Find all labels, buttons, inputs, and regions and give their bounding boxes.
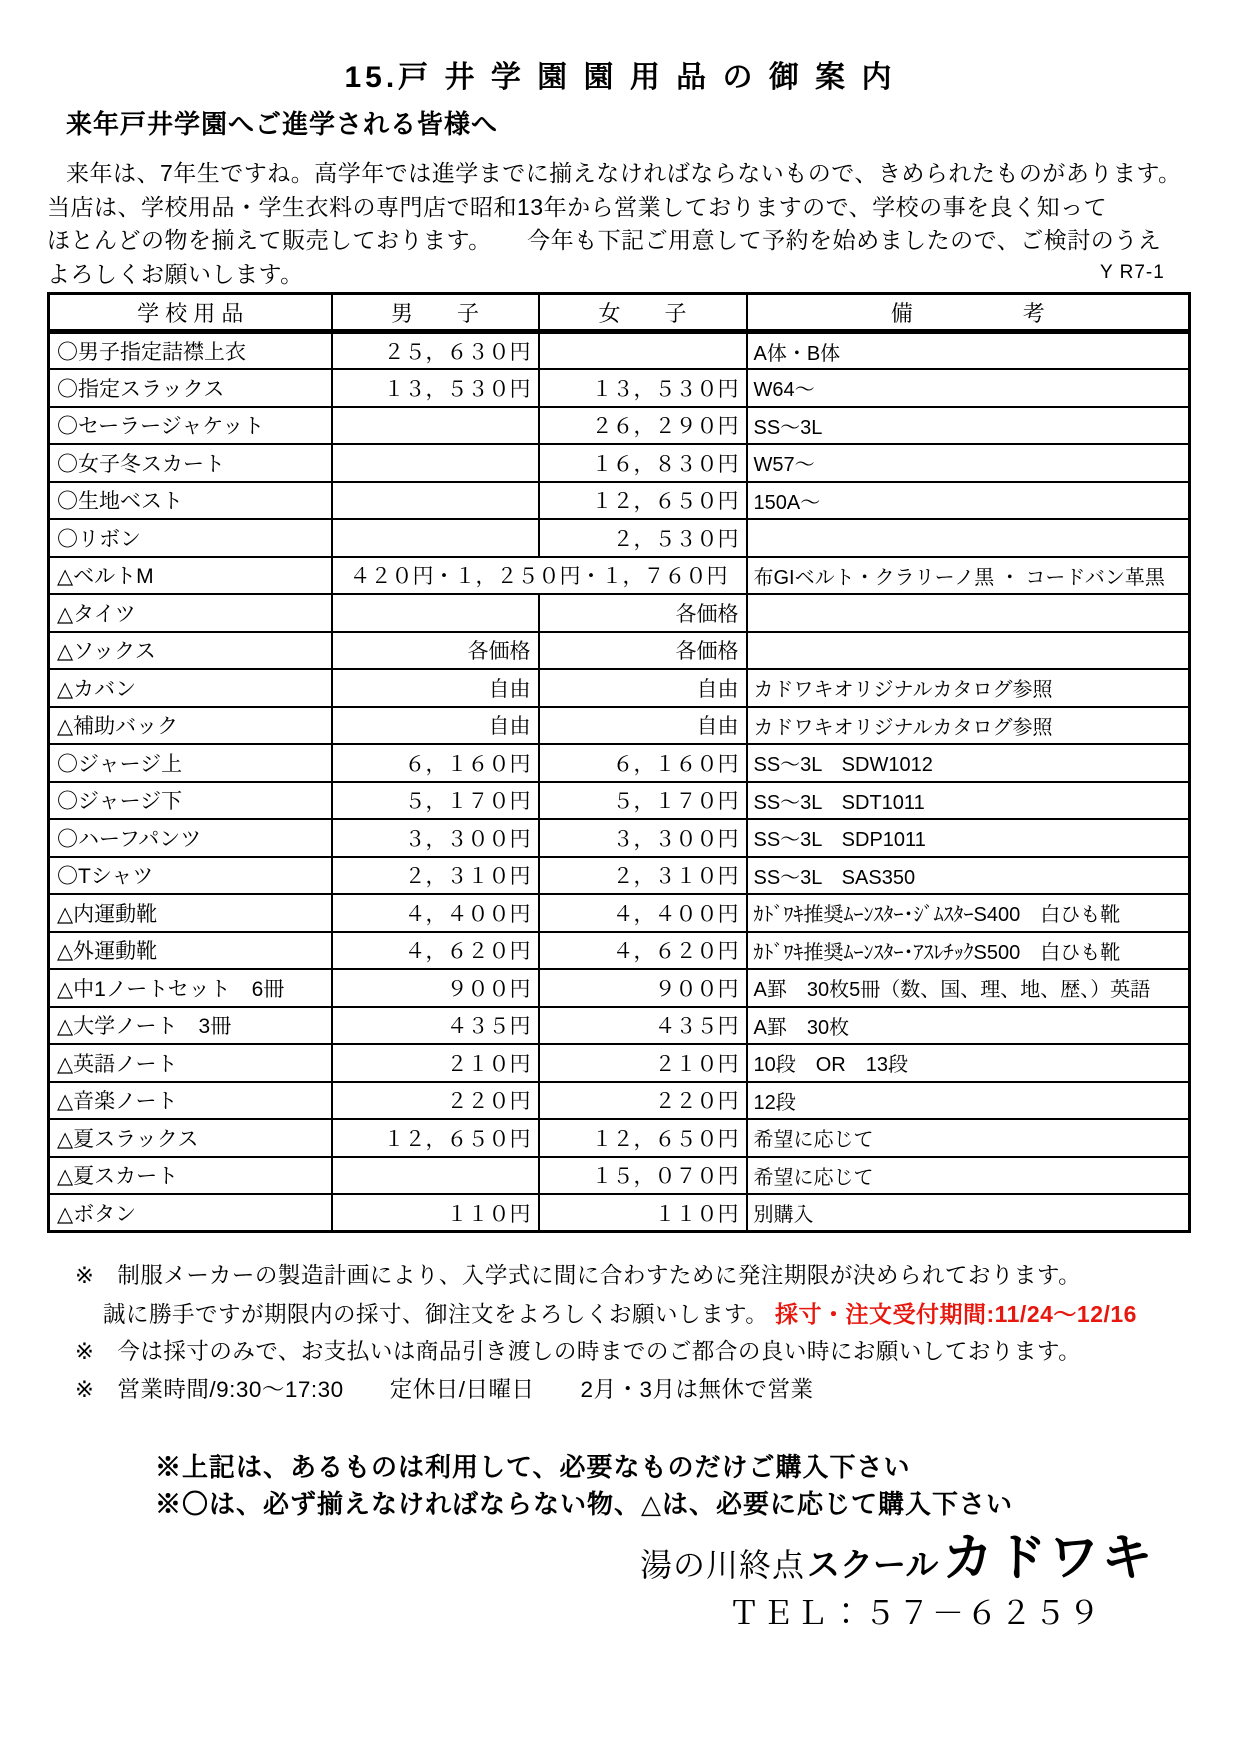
item-cell: △音楽ノート [49,1082,332,1120]
table-row: 〇女子冬スカート１６，８３０円W57～ [49,444,1190,482]
girls-price-cell: １２，６５０円 [539,1119,747,1157]
table-row: △タイツ各価格 [49,594,1190,632]
remarks-cell: SS～3L SDW1012 [747,744,1190,782]
girls-price-cell: ９００円 [539,969,747,1007]
item-cell: 〇ハーフパンツ [49,819,332,857]
item-cell: △外運動靴 [49,932,332,970]
item-cell: 〇女子冬スカート [49,444,332,482]
document-page: 15.戸 井 学 園 園 用 品 の 御 案 内 来年戸井学園へご進学される皆様… [0,0,1240,1755]
table-row: △ソックス各価格各価格 [49,632,1190,670]
page-title: 15.戸 井 学 園 園 用 品 の 御 案 内 [0,52,1240,96]
item-cell: △中1ノートセット 6冊 [49,969,332,1007]
note-payment: ※ 今は採寸のみで、お支払いは商品引き渡しの時までのご都合の良い時にお願いしてお… [75,1334,1081,1366]
table-row: △英語ノート２１０円２１０円10段 OR 13段 [49,1044,1190,1082]
item-cell: 〇ジャージ下 [49,782,332,820]
table-row: △夏スカート１５，０７０円希望に応じて [49,1157,1190,1195]
boys-price-cell: ２，３１０円 [332,857,539,895]
table-row: △大学ノート 3冊４３５円４３５円A罫 30枚 [49,1007,1190,1045]
table-row: △音楽ノート２２０円２２０円12段 [49,1082,1190,1120]
boys-price-cell [332,519,539,557]
shop-phone: ＴＥＬ：５７－６２５９ [728,1588,1102,1634]
item-cell: △夏スラックス [49,1119,332,1157]
form-ref-code: Y R7-1 [1100,262,1165,284]
remarks-cell: A罫 30枚5冊（数、国、理、地、歴、）英語 [747,969,1190,1007]
boys-price-cell [332,407,539,445]
boys-price-cell: ２２０円 [332,1082,539,1120]
boys-price-cell [332,444,539,482]
boys-price-cell: １３，５３０円 [332,369,539,407]
greeting-heading: 来年戸井学園へご進学される皆様へ [66,104,498,141]
item-cell: △カバン [49,669,332,707]
usage-note-1: ※上記は、あるものは利用して、必要なものだけご購入下さい [155,1447,910,1484]
remarks-cell: ｶﾄﾞﾜｷ推奨ﾑｰﾝｽﾀｰ･ｼﾞﾑｽﾀｰS400 白ひも靴 [747,894,1190,932]
girls-price-cell: ３，３００円 [539,819,747,857]
boys-price-cell: １１０円 [332,1194,539,1232]
boys-price-cell: ２５，６３０円 [332,332,539,370]
girls-price-cell: ２１０円 [539,1044,747,1082]
boys-price-cell: 自由 [332,707,539,745]
remarks-cell: W64～ [747,369,1190,407]
remarks-cell: カドワキオリジナルカタログ参照 [747,669,1190,707]
table-row: △カバン自由自由カドワキオリジナルカタログ参照 [49,669,1190,707]
note-order-deadline: ※ 制服メーカーの製造計画により、入学式に間に合わすために発注期限が決められてお… [75,1258,1081,1290]
girls-price-cell: ４，６２０円 [539,932,747,970]
item-cell: 〇リボン [49,519,332,557]
boys-price-cell: ４，４００円 [332,894,539,932]
boys-price-cell: ４，６２０円 [332,932,539,970]
girls-price-cell: 各価格 [539,632,747,670]
girls-price-cell: ２，５３０円 [539,519,747,557]
table-row: △夏スラックス１２，６５０円１２，６５０円希望に応じて [49,1119,1190,1157]
intro-line: 来年は、7年生ですね。高学年では進学までに揃えなければならないもので、きめられた… [47,157,1147,191]
boys-price-cell [332,594,539,632]
remarks-cell: 150A～ [747,482,1190,520]
remarks-cell: SS～3L SAS350 [747,857,1190,895]
boys-price-cell: ６，１６０円 [332,744,539,782]
merged-price-cell: ４２０円・１，２５０円・１，７６０円 [332,557,747,595]
remarks-cell: W57～ [747,444,1190,482]
girls-price-cell: ２，３１０円 [539,857,747,895]
header-boys: 男 子 [332,294,539,332]
table-row: 〇ジャージ上６，１６０円６，１６０円SS～3L SDW1012 [49,744,1190,782]
item-cell: △ソックス [49,632,332,670]
shop-signature: 湯の川終点 スクール カドワキ [640,1532,1154,1583]
item-cell: △内運動靴 [49,894,332,932]
shop-area: 湯の川終点 [640,1549,805,1583]
item-cell: △ボタン [49,1194,332,1232]
girls-price-cell: １５，０７０円 [539,1157,747,1195]
boys-price-cell: １２，６５０円 [332,1119,539,1157]
table-row: 〇指定スラックス１３，５３０円１３，５３０円W64～ [49,369,1190,407]
remarks-cell: カドワキオリジナルカタログ参照 [747,707,1190,745]
table-row: 〇男子指定詰襟上衣２５，６３０円A体・B体 [49,332,1190,370]
boys-price-cell [332,482,539,520]
girls-price-cell: 自由 [539,707,747,745]
girls-price-cell: １１０円 [539,1194,747,1232]
remarks-cell: 希望に応じて [747,1157,1190,1195]
girls-price-cell: １２，６５０円 [539,482,747,520]
boys-price-cell: ５，１７０円 [332,782,539,820]
table-row: 〇ジャージ下５，１７０円５，１７０円SS～3L SDT1011 [49,782,1190,820]
shop-name: カドワキ [942,1532,1154,1583]
note-order-request: 誠に勝手ですが期限内の採寸、御注文をよろしくお願いします。 採寸・注文受付期間:… [103,1296,1137,1329]
item-cell: 〇指定スラックス [49,369,332,407]
item-cell: 〇Tシャツ [49,857,332,895]
remarks-cell: SS～3L SDP1011 [747,819,1190,857]
intro-line: 当店は、学校用品・学生衣料の専門店で昭和13年から営業しておりますので、学校の事… [47,191,1147,225]
table-header-row: 学 校 用 品 男 子 女 子 備 考 [49,294,1190,332]
item-cell: 〇セーラージャケット [49,407,332,445]
girls-price-cell: 自由 [539,669,747,707]
note-business-hours: ※ 営業時間/9:30～17:30 定休日/日曜日 2月・3月は無休で営業 [75,1372,813,1404]
girls-price-cell: １６，８３０円 [539,444,747,482]
table-row: 〇リボン２，５３０円 [49,519,1190,557]
girls-price-cell: １３，５３０円 [539,369,747,407]
item-cell: △大学ノート 3冊 [49,1007,332,1045]
note-order-request-text: 誠に勝手ですが期限内の採寸、御注文をよろしくお願いします。 [103,1302,775,1327]
header-girls: 女 子 [539,294,747,332]
item-cell: △ベルトM [49,557,332,595]
usage-note-2: ※〇は、必ず揃えなければならない物、△は、必要に応じて購入下さい [155,1484,1013,1521]
girls-price-cell: ２２０円 [539,1082,747,1120]
table-row: △補助バック自由自由カドワキオリジナルカタログ参照 [49,707,1190,745]
intro-paragraph: 来年は、7年生ですね。高学年では進学までに揃えなければならないもので、きめられた… [47,157,1147,291]
header-remarks: 備 考 [747,294,1190,332]
table-row: △ベルトM４２０円・１，２５０円・１，７６０円布GIベルト・クラリーノ黒 ・ コ… [49,557,1190,595]
girls-price-cell: ５，１７０円 [539,782,747,820]
table-row: 〇セーラージャケット２６，２９０円SS～3L [49,407,1190,445]
item-cell: 〇ジャージ上 [49,744,332,782]
girls-price-cell: ６，１６０円 [539,744,747,782]
boys-price-cell: 各価格 [332,632,539,670]
boys-price-cell [332,1157,539,1195]
remarks-cell [747,594,1190,632]
boys-price-cell: ３，３００円 [332,819,539,857]
remarks-cell: A体・B体 [747,332,1190,370]
remarks-cell: 布GIベルト・クラリーノ黒 ・ コードバン革黒 [747,557,1190,595]
item-cell: △英語ノート [49,1044,332,1082]
table-row: 〇ハーフパンツ３，３００円３，３００円SS～3L SDP1011 [49,819,1190,857]
table-row: 〇Tシャツ２，３１０円２，３１０円SS～3L SAS350 [49,857,1190,895]
item-cell: △タイツ [49,594,332,632]
girls-price-cell [539,332,747,370]
table-row: △ボタン１１０円１１０円別購入 [49,1194,1190,1232]
intro-line: よろしくお願いします。 [47,258,1147,292]
table-row: 〇生地ベスト１２，６５０円150A～ [49,482,1190,520]
girls-price-cell: ４，４００円 [539,894,747,932]
girls-price-cell: ４３５円 [539,1007,747,1045]
remarks-cell: A罫 30枚 [747,1007,1190,1045]
boys-price-cell: ２１０円 [332,1044,539,1082]
remarks-cell: ｶﾄﾞﾜｷ推奨ﾑｰﾝｽﾀｰ･ｱｽﾚﾁｯｸS500 白ひも靴 [747,932,1190,970]
supplies-price-table: 学 校 用 品 男 子 女 子 備 考 〇男子指定詰襟上衣２５，６３０円A体・B… [47,292,1191,1233]
header-item: 学 校 用 品 [49,294,332,332]
remarks-cell [747,632,1190,670]
remarks-cell [747,519,1190,557]
item-cell: △補助バック [49,707,332,745]
shop-type: スクール [805,1548,942,1583]
girls-price-cell: 各価格 [539,594,747,632]
item-cell: 〇生地ベスト [49,482,332,520]
remarks-cell: SS～3L [747,407,1190,445]
remarks-cell: 希望に応じて [747,1119,1190,1157]
boys-price-cell: 自由 [332,669,539,707]
item-cell: △夏スカート [49,1157,332,1195]
table-row: △内運動靴４，４００円４，４００円ｶﾄﾞﾜｷ推奨ﾑｰﾝｽﾀｰ･ｼﾞﾑｽﾀｰS40… [49,894,1190,932]
table-row: △中1ノートセット 6冊９００円９００円A罫 30枚5冊（数、国、理、地、歴、）… [49,969,1190,1007]
remarks-cell: SS～3L SDT1011 [747,782,1190,820]
boys-price-cell: ９００円 [332,969,539,1007]
table-body: 〇男子指定詰襟上衣２５，６３０円A体・B体〇指定スラックス１３，５３０円１３，５… [49,332,1190,1232]
remarks-cell: 10段 OR 13段 [747,1044,1190,1082]
remarks-cell: 別購入 [747,1194,1190,1232]
item-cell: 〇男子指定詰襟上衣 [49,332,332,370]
table-row: △外運動靴４，６２０円４，６２０円ｶﾄﾞﾜｷ推奨ﾑｰﾝｽﾀｰ･ｱｽﾚﾁｯｸS50… [49,932,1190,970]
order-period-highlight: 採寸・注文受付期間:11/24～12/16 [775,1301,1137,1327]
boys-price-cell: ４３５円 [332,1007,539,1045]
girls-price-cell: ２６，２９０円 [539,407,747,445]
remarks-cell: 12段 [747,1082,1190,1120]
intro-line: ほとんどの物を揃えて販売しております。 今年も下記ご用意して予約を始めましたので… [47,224,1147,258]
